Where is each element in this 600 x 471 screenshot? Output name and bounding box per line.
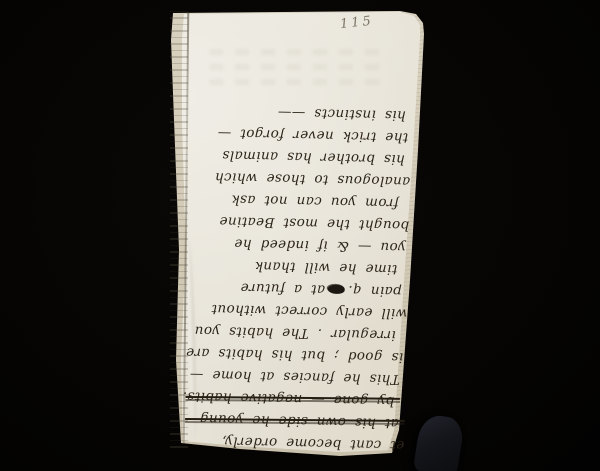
- manuscript-line-text: et cant become orderly,: [222, 433, 405, 453]
- manuscript-line-text: the trick never forgot —: [217, 125, 408, 145]
- manuscript-line-text: from you can not ask: [231, 191, 399, 211]
- manuscript-line-text: irregular . The habits you: [194, 323, 396, 344]
- manuscript-line-text: analogous to those which: [214, 169, 410, 189]
- manuscript-line-text: his instincts ——: [277, 104, 406, 123]
- manuscript-line-text: by gone — negative habits.: [182, 388, 394, 409]
- inked-out-word-blot: [328, 285, 345, 294]
- manuscript-line-text-after-blot: at a future: [240, 280, 325, 298]
- manuscript-line-text: at his own side he young: [199, 411, 399, 432]
- page-holder-clip: [413, 413, 466, 471]
- manuscript-line-text: This he fancies at home —: [189, 367, 400, 388]
- photograph-backdrop: 115 et cant become orderly,at his own si…: [0, 0, 600, 471]
- manuscript-line-text: time he will thank: [254, 258, 397, 277]
- manuscript-line-text: will early correct without: [211, 301, 407, 321]
- manuscript-line-text: pain q.: [348, 282, 402, 299]
- manuscript-text-block: et cant become orderly,at his own side h…: [186, 100, 412, 457]
- manuscript-line-text: bought the most Beatine: [219, 213, 409, 233]
- manuscript-line-text: you — & if indeed he: [234, 236, 406, 256]
- manuscript-line-text: his brother has animals: [222, 147, 405, 167]
- manuscript-line-text: is good ; but his habits are: [186, 344, 404, 365]
